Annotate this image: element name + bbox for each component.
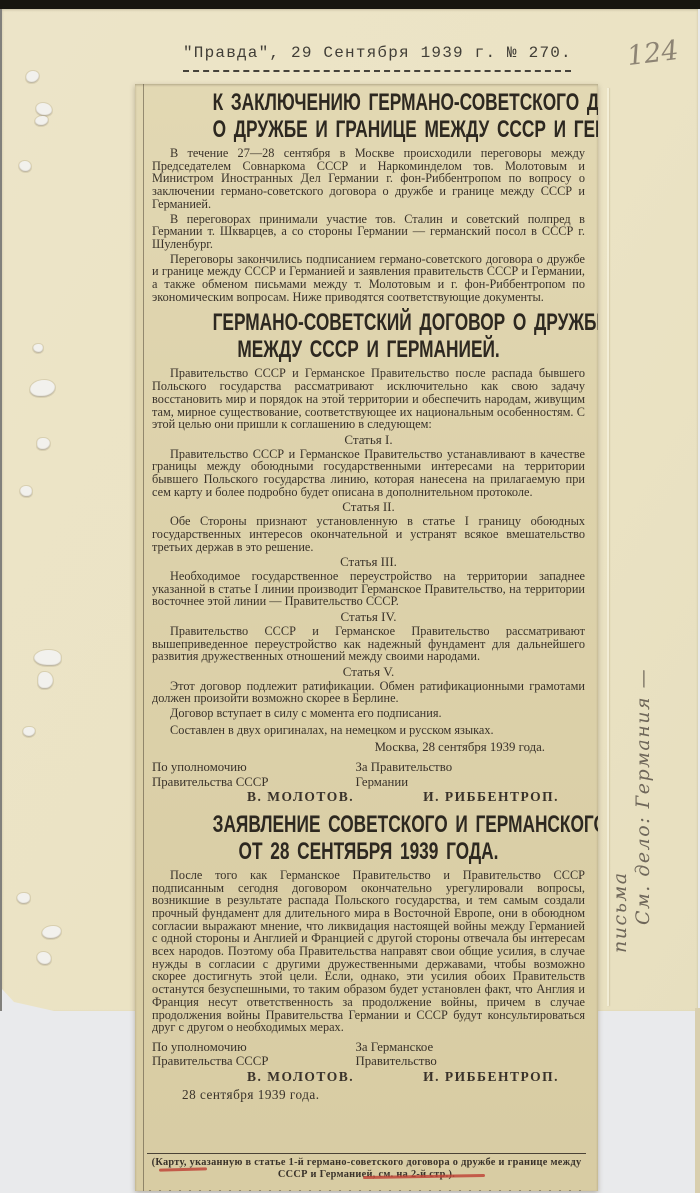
- pencil-page-number: 124: [625, 35, 680, 72]
- zigzag-border-svg: [145, 1189, 588, 1191]
- signature-name-ribbentrop: И. РИББЕНТРОП.: [423, 791, 559, 804]
- typed-source-caption: "Правда", 29 Сентября 1939 г. № 270.: [183, 44, 583, 62]
- clipping-content: К ЗАКЛЮЧЕНИЮ ГЕРМАНО-СОВЕТСКОГО ДОГОВОРА…: [152, 84, 585, 1101]
- statement-headline-line2: ОТ 28 СЕНТЯБРЯ 1939 ГОДА.: [213, 838, 525, 865]
- treaty-headline: ГЕРМАНО-СОВЕТСКИЙ ДОГОВОР О ДРУЖБЕ И ГРА…: [152, 309, 585, 363]
- next-page-edge: [695, 1008, 700, 1193]
- signature-name-molotov: В. МОЛОТОВ.: [247, 1071, 354, 1084]
- punch-hole: [38, 672, 53, 689]
- article1-paragraph: В переговорах принимали участие тов. Ста…: [152, 213, 585, 251]
- treaty-article-heading: Статья V.: [152, 666, 585, 679]
- signature-left-line2: Правительства СССР: [152, 775, 356, 790]
- treaty-intro: Правительство СССР и Германское Правител…: [152, 367, 585, 431]
- signature-left-title: По уполномочию Правительства СССР: [152, 760, 356, 789]
- statement-body: После того как Германское Правительство …: [152, 869, 585, 1034]
- punch-hole: [19, 161, 31, 172]
- punch-hole: [17, 893, 30, 904]
- treaty-closing-line: Договор вступает в силу с момента его по…: [152, 707, 585, 720]
- signature-right-line2: Германии: [356, 775, 585, 790]
- article1-headline-line1: К ЗАКЛЮЧЕНИЮ ГЕРМАНО-СОВЕТСКОГО ДОГОВОРА: [213, 89, 525, 116]
- statement-signature-names: В. МОЛОТОВ. И. РИББЕНТРОП.: [152, 1071, 585, 1084]
- clipping-footer: (Карту, указанную в статье 1-й германо-с…: [145, 1153, 588, 1188]
- handwritten-margin-note-2: письма: [609, 843, 631, 953]
- zigzag-border: [145, 1182, 588, 1188]
- footer-rule: [147, 1153, 586, 1154]
- article1-headline: К ЗАКЛЮЧЕНИЮ ГЕРМАНО-СОВЕТСКОГО ДОГОВОРА…: [152, 89, 585, 143]
- scan-edge-strip: [0, 0, 700, 9]
- signature-name-ribbentrop: И. РИББЕНТРОП.: [423, 1071, 559, 1084]
- treaty-article-text: Обе Стороны признают установленную в ста…: [152, 515, 585, 553]
- typed-caption-underline: [183, 70, 571, 72]
- treaty-dateline: Москва, 28 сентября 1939 года.: [152, 741, 585, 754]
- statement-headline-line1: ЗАЯВЛЕНИЕ СОВЕТСКОГО И ГЕРМАНСКОГО ПРАВИ…: [213, 811, 525, 838]
- treaty-article-heading: Статья III.: [152, 556, 585, 569]
- scanned-archive-page: "Правда", 29 Сентября 1939 г. № 270. 124…: [0, 0, 700, 1193]
- treaty-article-text: Правительство СССР и Германское Правител…: [152, 448, 585, 499]
- article1-headline-line2: О ДРУЖБЕ И ГРАНИЦЕ МЕЖДУ СССР И ГЕРМАНИЕ…: [213, 116, 525, 143]
- signature-left-title: По уполномочию Правительства СССР: [152, 1040, 356, 1069]
- sheet-left-edge: [0, 9, 2, 1011]
- signature-right-line2: Правительство: [356, 1054, 585, 1069]
- punch-hole: [36, 103, 52, 116]
- signature-right-line1: За Правительство: [356, 760, 585, 775]
- statement-signature-block: По уполномочию Правительства СССР За Гер…: [152, 1040, 585, 1069]
- punch-hole: [33, 344, 43, 353]
- treaty-article-text: Правительство СССР и Германское Правител…: [152, 625, 585, 663]
- article1-paragraph: В течение 27—28 сентября в Москве происх…: [152, 147, 585, 211]
- treaty-article-heading: Статья IV.: [152, 611, 585, 624]
- column-rule: [143, 84, 144, 1191]
- treaty-signature-block: По уполномочию Правительства СССР За Пра…: [152, 760, 585, 789]
- treaty-headline-line1: ГЕРМАНО-СОВЕТСКИЙ ДОГОВОР О ДРУЖБЕ И ГРА…: [213, 309, 525, 336]
- punch-hole: [20, 486, 32, 497]
- treaty-closing-line: Составлен в двух оригиналах, на немецком…: [152, 724, 585, 737]
- treaty-article-text: Необходимое государственное переустройст…: [152, 570, 585, 608]
- article1-paragraph: Переговоры закончились подписанием герма…: [152, 253, 585, 304]
- treaty-article-heading: Статья II.: [152, 501, 585, 514]
- treaty-article-heading: Статья I.: [152, 434, 585, 447]
- signature-left-line1: По уполномочию: [152, 760, 356, 775]
- treaty-headline-line2: МЕЖДУ СССР И ГЕРМАНИЕЙ.: [213, 336, 525, 363]
- signature-right-title: За Правительство Германии: [356, 760, 585, 789]
- statement-date: 28 сентября 1939 года.: [182, 1089, 585, 1102]
- punch-hole: [34, 650, 61, 666]
- signature-right-title: За Германское Правительство: [356, 1040, 585, 1069]
- signature-name-molotov: В. МОЛОТОВ.: [247, 791, 354, 804]
- punch-hole: [37, 952, 51, 965]
- handwritten-margin-note: См. дело: Германия —: [632, 665, 654, 925]
- signature-left-line1: По уполномочию: [152, 1040, 356, 1055]
- treaty-signature-names: В. МОЛОТОВ. И. РИББЕНТРОП.: [152, 791, 585, 804]
- signature-left-line2: Правительства СССР: [152, 1054, 356, 1069]
- map-note-line1: (Карту, указанную в статье 1-й германо-с…: [145, 1157, 588, 1169]
- treaty-article-text: Этот договор подлежит ратификации. Обмен…: [152, 680, 585, 705]
- newspaper-clipping: К ЗАКЛЮЧЕНИЮ ГЕРМАНО-СОВЕТСКОГО ДОГОВОРА…: [135, 84, 598, 1191]
- statement-headline: ЗАЯВЛЕНИЕ СОВЕТСКОГО И ГЕРМАНСКОГО ПРАВИ…: [152, 811, 585, 865]
- signature-right-line1: За Германское: [356, 1040, 585, 1055]
